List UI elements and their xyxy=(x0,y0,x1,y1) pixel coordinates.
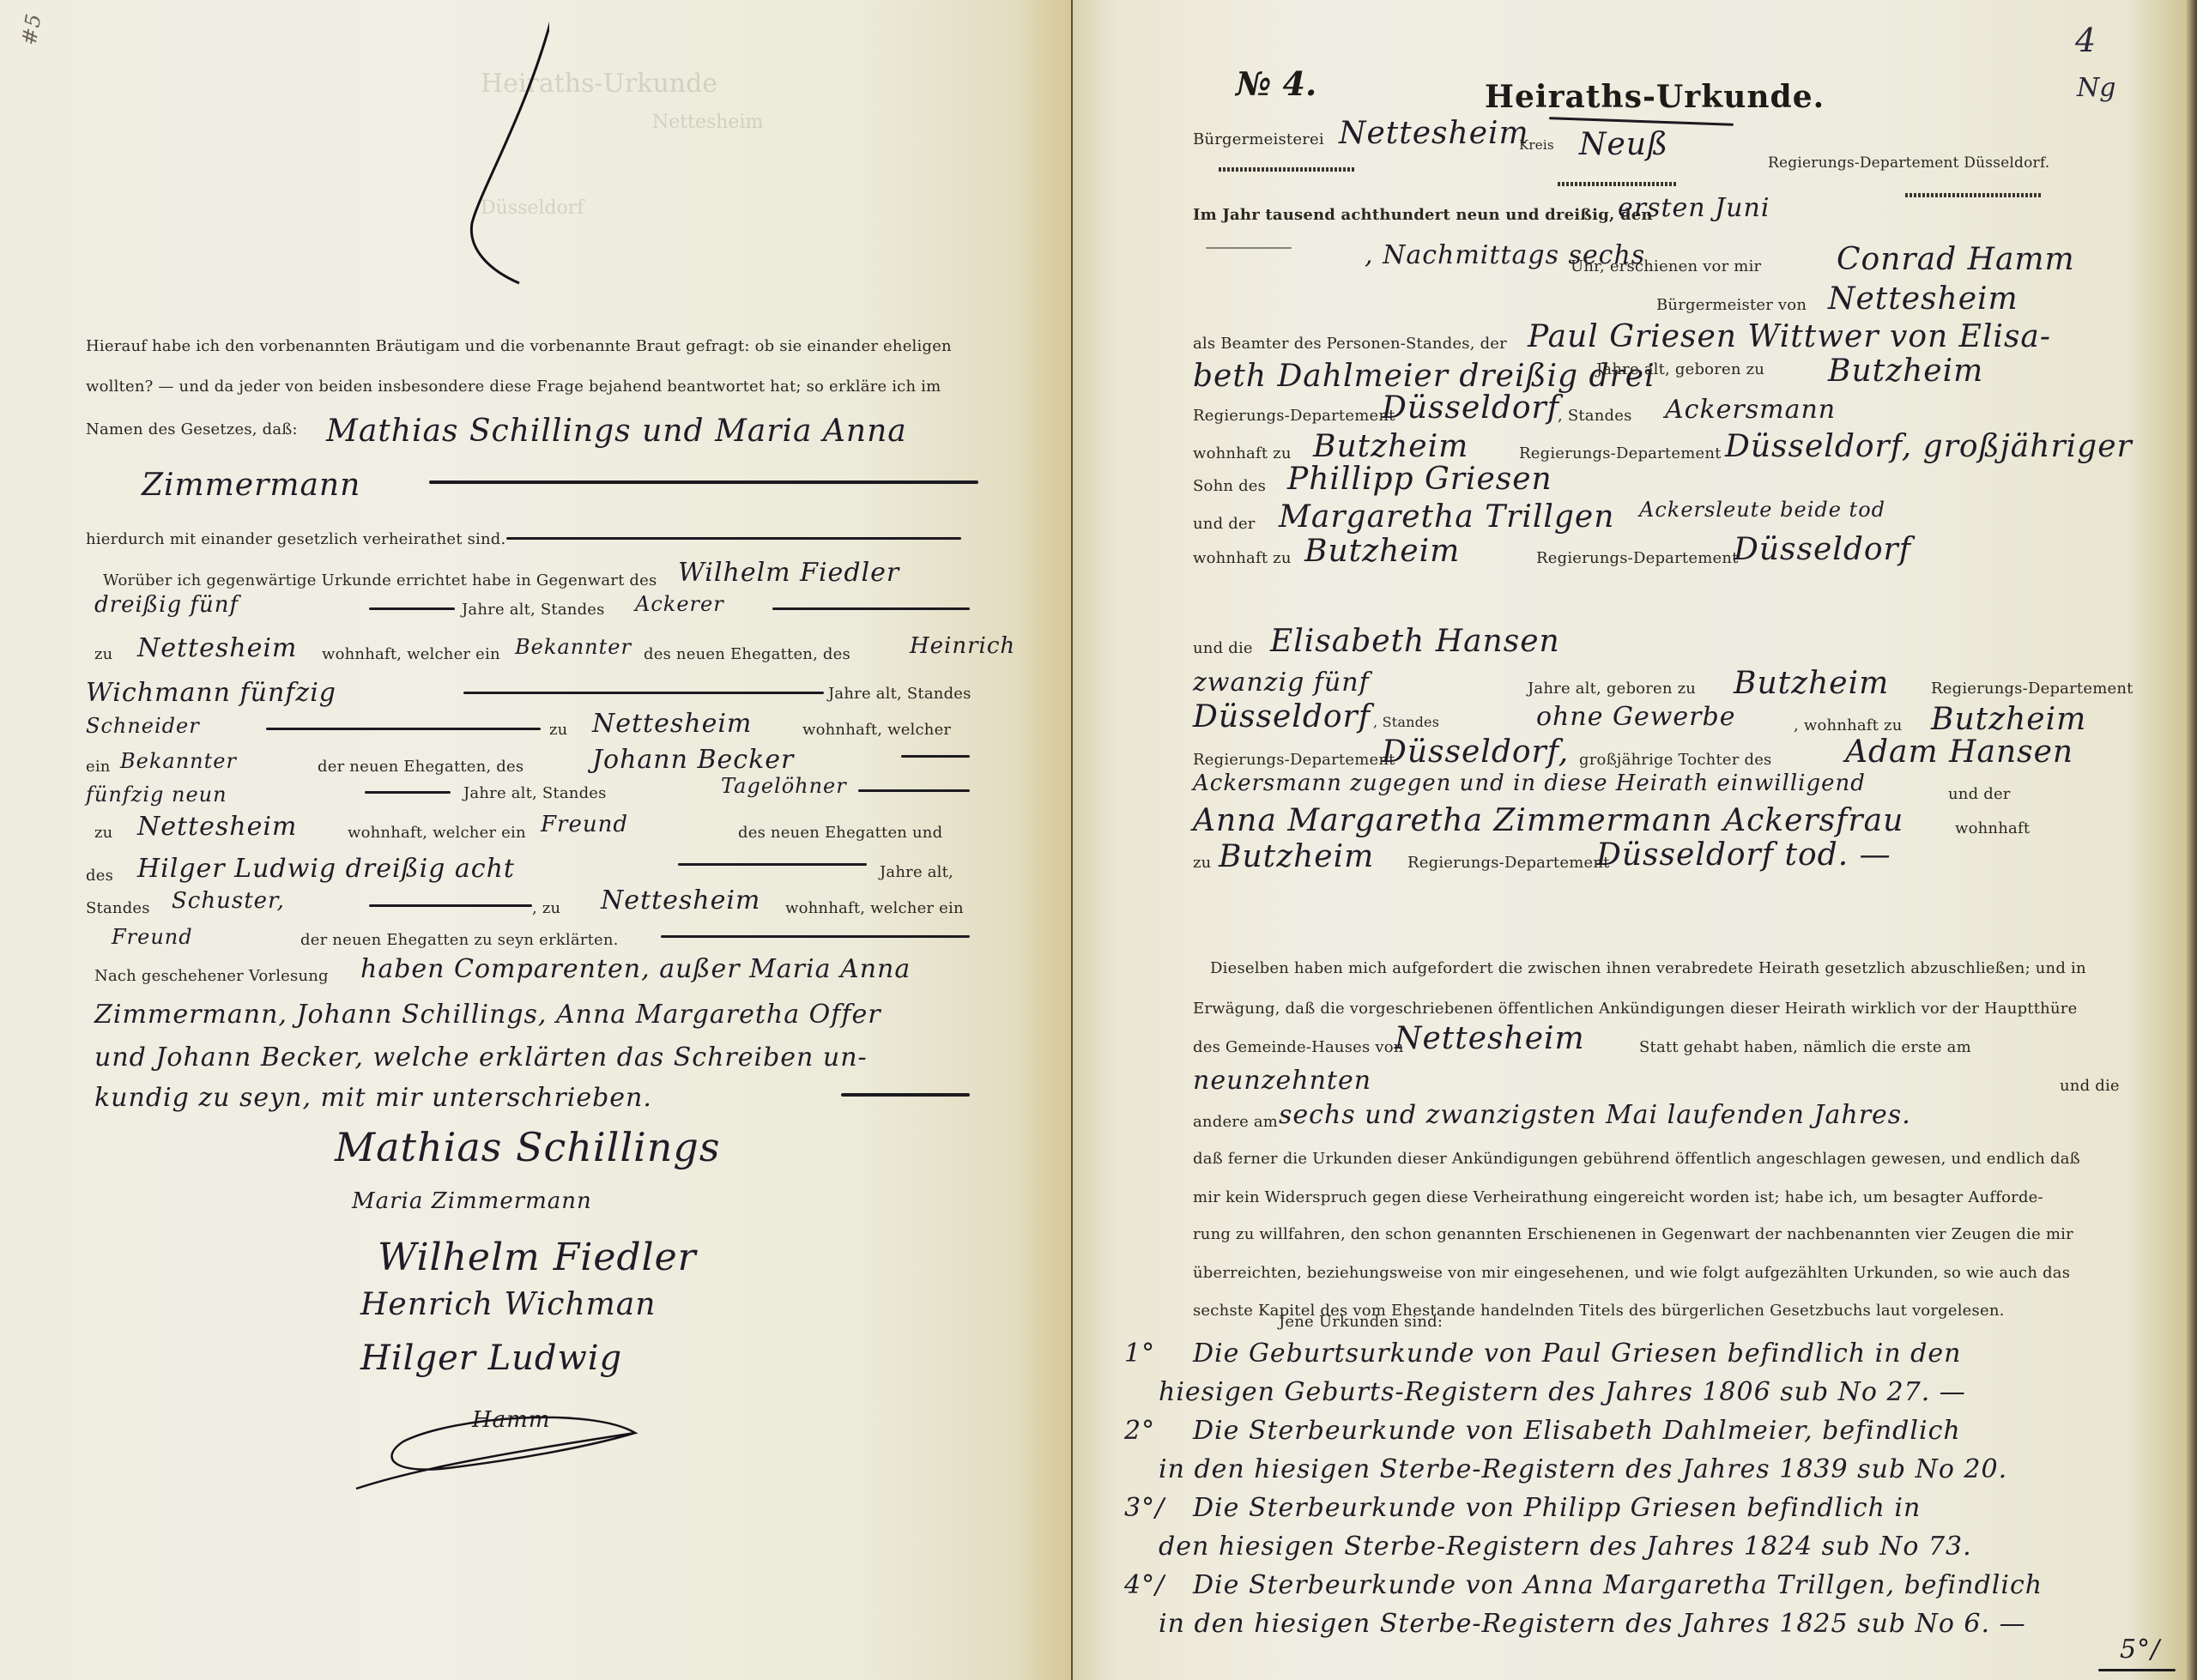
printed-line: wohnhaft xyxy=(1955,819,2030,837)
witness-2-occupation: Schneider xyxy=(86,714,200,738)
bride-father-status: Ackersmann zugegen und in diese Heirath … xyxy=(1193,771,1866,796)
mayoralty-value: Nettesheim xyxy=(1339,116,1529,151)
printed-line: hierdurch mit einander gesetzlich verhei… xyxy=(86,530,505,548)
printed-line: Bürgermeister von xyxy=(1656,296,1807,314)
fill-line xyxy=(266,728,541,730)
proclamation-text: Erwägung, daß die vorgeschriebenen öffen… xyxy=(1193,1000,2077,1018)
document-entry: Die Geburtsurkunde von Paul Griesen befi… xyxy=(1193,1339,1961,1369)
documents-heading: Jene Urkunden sind: xyxy=(1279,1313,1443,1331)
fill-line xyxy=(678,863,867,866)
printed-line: wollten? — und da jeder von beiden insbe… xyxy=(86,378,941,396)
wavy-rule xyxy=(1219,167,1356,172)
document-entry: Die Sterbeurkunde von Philipp Griesen be… xyxy=(1193,1493,1921,1523)
bride-age: zwanzig fünf xyxy=(1193,668,1370,698)
printed-line: Regierungs-Departement xyxy=(1536,549,1739,567)
fill-line xyxy=(506,537,961,540)
proclamation-text: daß ferner die Urkunden dieser Ankündigu… xyxy=(1193,1150,2080,1168)
printed-line: wohnhaft zu xyxy=(1193,444,1292,462)
book-spread: #5 Heiraths-Urkunde Nettesheim Düsseldor… xyxy=(0,0,2197,1680)
proclamation-text: und die xyxy=(2060,1077,2120,1095)
fill-line xyxy=(858,789,970,792)
proclamation-place: Nettesheim xyxy=(1395,1021,1585,1056)
fill-line xyxy=(1206,247,1292,249)
printed-line: Namen des Gesetzes, daß: xyxy=(86,420,298,438)
bride-father: Adam Hansen xyxy=(1845,734,2073,770)
proclamation-text: mir kein Widerspruch gegen diese Verheir… xyxy=(1193,1188,2043,1206)
printed-line: Worüber ich gegenwärtige Urkunde erricht… xyxy=(103,571,657,589)
printed-line: wohnhaft, welcher ein xyxy=(322,645,500,663)
printed-line: , zu xyxy=(532,899,560,917)
proclamation-text: andere am xyxy=(1193,1113,1278,1131)
groom-parents-status: Ackersleute beide tod xyxy=(1639,498,1885,522)
printed-line: der neuen Ehegatten, des xyxy=(318,758,524,776)
printed-line: der neuen Ehegatten zu seyn erklärten. xyxy=(300,931,619,949)
signature-witness-4: Hilger Ludwig xyxy=(360,1339,622,1378)
printed-line: großjährige Tochter des xyxy=(1579,751,1772,769)
bride-residence: Butzheim xyxy=(1931,702,2086,737)
witness-3-age: fünfzig neun xyxy=(86,783,227,807)
printed-line: als Beamter des Personen-Standes, der xyxy=(1193,335,1507,353)
district-value: Neuß xyxy=(1579,127,1668,162)
printed-line: Nach geschehener Vorlesung xyxy=(94,967,329,985)
fill-line xyxy=(365,791,451,794)
department-label: Regierungs-Departement Düsseldorf. xyxy=(1768,154,2049,172)
mayoralty-label: Bürgermeisterei xyxy=(1193,130,1324,148)
witness-2-name-age: Wichmann fünfzig xyxy=(86,678,336,708)
proclamation-text: überreichten, beziehungsweise von mir ei… xyxy=(1193,1264,2070,1282)
groom-birthplace: Butzheim xyxy=(1828,354,1983,389)
proclamation-text: Statt gehabt haben, nämlich die erste am xyxy=(1639,1038,1971,1056)
groom-name: Paul Griesen Wittwer von Elisa- xyxy=(1528,319,2051,354)
reading-note: Zimmermann, Johann Schillings, Anna Marg… xyxy=(94,1000,881,1030)
bleedthrough-text: Nettesheim xyxy=(652,112,763,133)
groom-parents-department: Düsseldorf xyxy=(1734,532,1911,567)
printed-line: Hierauf habe ich den vorbenannten Bräuti… xyxy=(86,337,952,355)
wavy-rule xyxy=(1905,193,2043,197)
margin-mark: #5 xyxy=(17,11,46,47)
bride-mother: Anna Margaretha Zimmermann Ackersfrau xyxy=(1193,803,1903,838)
fill-line xyxy=(429,480,978,484)
fill-line xyxy=(661,935,970,938)
document-number: 2° xyxy=(1124,1416,1155,1446)
proclamation-text: Dieselben haben mich aufgefordert die zw… xyxy=(1210,959,2086,977)
right-page: 4 Ng № 4. Heiraths-Urkunde. Bürgermeiste… xyxy=(1073,0,2197,1680)
proclamation-text: des Gemeinde-Hauses von xyxy=(1193,1038,1404,1056)
proclamation-text: rung zu willfahren, den schon genannten … xyxy=(1193,1225,2073,1243)
document-entry: in den hiesigen Sterbe-Registern des Jah… xyxy=(1159,1609,2026,1639)
witness-3-residence: Nettesheim xyxy=(137,812,297,842)
printed-line: wohnhaft, welcher xyxy=(802,721,951,739)
groom-residence: Butzheim xyxy=(1313,429,1468,464)
printed-line: wohnhaft, welcher ein xyxy=(348,824,526,842)
signature-witness-1: Wilhelm Fiedler xyxy=(378,1236,697,1279)
bride-name: Elisabeth Hansen xyxy=(1270,624,1560,659)
fill-line xyxy=(369,904,532,907)
witness-1-residence: Nettesheim xyxy=(137,633,297,663)
reading-note: und Johann Becker, welche erklärten das … xyxy=(94,1042,868,1073)
fill-line xyxy=(463,692,824,694)
printed-line: Im Jahr tausend achthundert neun und dre… xyxy=(1193,206,1653,224)
document-title: Heiraths-Urkunde. xyxy=(1485,79,1825,115)
groom-mother: Margaretha Trillgen xyxy=(1279,499,1614,535)
mayor-signature-flourish xyxy=(352,1399,652,1502)
page-fold-shadow xyxy=(1013,0,1073,1680)
printed-line: Jahre alt, xyxy=(880,863,953,881)
printed-line: , Standes xyxy=(1558,407,1632,425)
bride-birthplace: Butzheim xyxy=(1734,666,1889,701)
signature-groom: Mathias Schillings xyxy=(335,1124,720,1170)
printed-line: wohnhaft zu xyxy=(1193,549,1292,567)
printed-line: Jahre alt, Standes xyxy=(462,601,605,619)
witness-4-occupation: Schuster, xyxy=(172,888,285,914)
continuation-number: 5°/ xyxy=(2120,1635,2160,1665)
fill-line xyxy=(772,607,970,610)
witness-relation: Freund xyxy=(112,925,193,949)
reading-note: kundig zu seyn, mit mir unterschrieben. xyxy=(94,1083,652,1113)
groom-occupation: Ackersmann xyxy=(1665,395,1836,425)
district-label: Kreis xyxy=(1519,137,1554,153)
printed-line: Regierungs-Departement xyxy=(1519,444,1722,462)
bride-mother-residence: Butzheim xyxy=(1219,839,1374,874)
left-page: #5 Heiraths-Urkunde Nettesheim Düsseldor… xyxy=(0,0,1073,1680)
printed-line: , wohnhaft zu xyxy=(1794,716,1903,734)
printed-line: Jahre alt, geboren zu xyxy=(1596,360,1764,378)
official-town: Nettesheim xyxy=(1828,281,2018,317)
printed-line: Regierungs-Departement xyxy=(1193,407,1395,425)
printed-line: Uhr, erschienen vor mir xyxy=(1571,257,1761,275)
groom-department: Düsseldorf xyxy=(1382,390,1559,426)
wavy-rule xyxy=(1558,182,1678,186)
handwritten-names: Mathias Schillings und Maria Anna xyxy=(326,414,907,449)
pen-stroke-line xyxy=(446,0,549,292)
groom-parents-residence: Butzheim xyxy=(1304,534,1460,569)
witness-relation: Freund xyxy=(541,812,628,837)
witness-3-name: Johann Becker xyxy=(592,745,794,775)
witness-relation: Bekannter xyxy=(515,635,632,659)
document-number: 3°/ xyxy=(1124,1493,1165,1523)
witness-1-occupation: Ackerer xyxy=(635,592,724,616)
certificate-number: № 4. xyxy=(1236,64,1316,103)
signature-witness-2: Henrich Wichman xyxy=(360,1287,656,1322)
printed-line: zu xyxy=(1193,854,1211,872)
printed-line: Regierungs-Departement xyxy=(1407,854,1610,872)
official-name: Conrad Hamm xyxy=(1837,242,2075,277)
bride-occupation: ohne Gewerbe xyxy=(1536,702,1735,732)
bride-residence-department: Düsseldorf, xyxy=(1382,734,1569,770)
marriage-date: ersten Juni xyxy=(1618,193,1770,223)
fill-line xyxy=(901,755,970,758)
printed-line: wohnhaft, welcher ein xyxy=(785,899,964,917)
witness-4-residence: Nettesheim xyxy=(601,885,760,916)
printed-line: Regierungs-Departement xyxy=(1193,751,1395,769)
witness-2-firstname: Heinrich xyxy=(910,633,1015,659)
page-number: 4 xyxy=(2075,21,2096,59)
printed-line: des xyxy=(86,867,113,885)
printed-line: und die xyxy=(1193,639,1253,657)
groom-father: Phillipp Griesen xyxy=(1287,462,1552,497)
handwritten-name: Zimmermann xyxy=(142,468,360,503)
printed-line: zu xyxy=(94,824,112,842)
witness-1-name: Wilhelm Fiedler xyxy=(678,558,899,588)
signature-bride: Maria Zimmermann xyxy=(352,1188,592,1214)
witness-3-occupation: Tagelöhner xyxy=(721,774,847,798)
printed-line: und der xyxy=(1948,785,2011,803)
printed-line: des neuen Ehegatten, des xyxy=(644,645,850,663)
groom-deceased-wife-age: beth Dahlmeier dreißig drei xyxy=(1193,359,1655,394)
witness-relation: Bekannter xyxy=(120,749,237,773)
document-entry: den hiesigen Sterbe-Registern des Jahres… xyxy=(1159,1532,1972,1562)
fill-line xyxy=(2098,1669,2176,1671)
printed-line: Sohn des xyxy=(1193,477,1266,495)
strike-line xyxy=(1549,117,1734,126)
bride-department: Düsseldorf xyxy=(1193,699,1371,734)
document-entry: hiesigen Geburts-Registern des Jahres 18… xyxy=(1159,1377,1966,1407)
document-entry: Die Sterbeurkunde von Anna Margaretha Tr… xyxy=(1193,1570,2043,1600)
reading-note: haben Comparenten, außer Maria Anna xyxy=(360,954,911,984)
witness-2-residence: Nettesheim xyxy=(592,709,752,739)
printed-line: des neuen Ehegatten und xyxy=(738,824,942,842)
printed-line: Standes xyxy=(86,899,150,917)
printed-line: ein xyxy=(86,758,111,776)
document-number: 4°/ xyxy=(1124,1570,1165,1600)
bride-mother-status: Düsseldorf tod. — xyxy=(1596,837,1891,873)
witness-4-name-age: Hilger Ludwig dreißig acht xyxy=(137,854,515,884)
document-entry: Die Sterbeurkunde von Elisabeth Dahlmeie… xyxy=(1193,1416,1961,1446)
printed-line: , Standes xyxy=(1373,714,1439,730)
printed-line: zu xyxy=(549,721,567,739)
printed-line: und der xyxy=(1193,515,1256,533)
fill-line xyxy=(369,607,455,610)
page-mark: Ng xyxy=(2077,73,2115,103)
printed-line: Jahre alt, Standes xyxy=(828,685,971,703)
printed-line: Regierungs-Departement xyxy=(1931,680,2133,698)
printed-line: Jahre alt, Standes xyxy=(463,784,607,802)
witness-1-age: dreißig fünf xyxy=(94,592,239,618)
document-number: 1° xyxy=(1124,1339,1155,1369)
second-proclamation-date: sechs und zwanzigsten Mai laufenden Jahr… xyxy=(1279,1100,1911,1130)
printed-line: Jahre alt, geboren zu xyxy=(1528,680,1696,698)
fill-line xyxy=(841,1093,970,1097)
printed-line: zu xyxy=(94,645,112,663)
groom-residence-department: Düsseldorf, großjähriger xyxy=(1725,429,2133,464)
document-entry: in den hiesigen Sterbe-Registern des Jah… xyxy=(1159,1454,2007,1484)
first-proclamation-date: neunzehnten xyxy=(1193,1066,1371,1096)
